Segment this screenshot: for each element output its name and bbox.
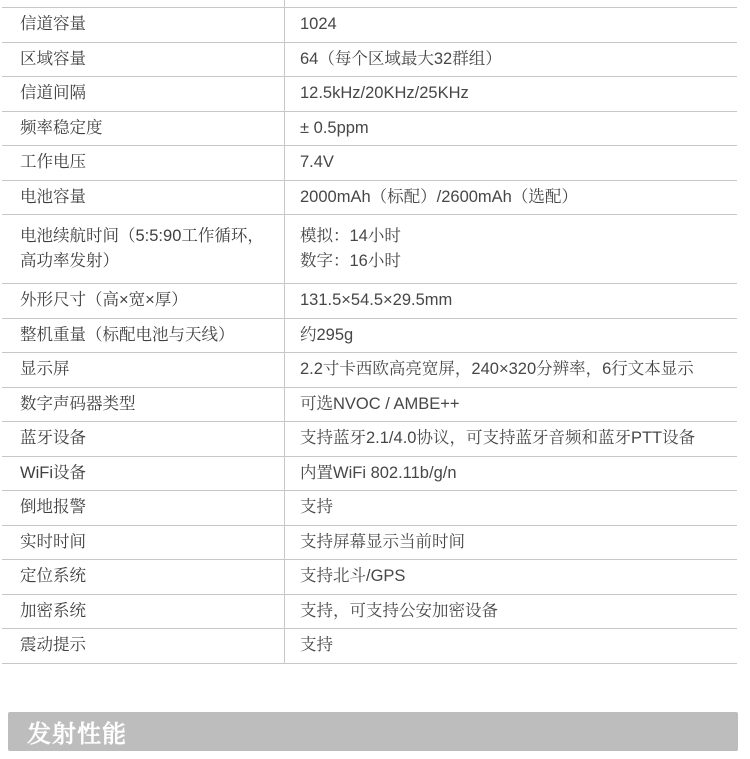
spec-label: 倒地报警 [2, 491, 285, 525]
spec-label [2, 0, 285, 7]
spec-table: 信道容量 1024 区域容量 64（每个区域最大32群组） 信道间隔 12.5k… [2, 0, 737, 664]
spec-label: 信道容量 [2, 8, 285, 42]
spec-value: 支持蓝牙2.1/4.0协议，可支持蓝牙音频和蓝牙PTT设备 [285, 422, 737, 456]
section-header-bar: 发射性能 [8, 712, 738, 751]
spec-label: 整机重量（标配电池与天线） [2, 319, 285, 353]
spec-label: 区域容量 [2, 43, 285, 77]
spec-label: 外形尺寸（高×宽×厚） [2, 284, 285, 318]
spec-value: 约295g [285, 319, 737, 353]
whitespace-gap [0, 664, 750, 712]
spec-label: 频率稳定度 [2, 112, 285, 146]
spec-value: ± 0.5ppm [285, 112, 737, 146]
spec-value: 131.5×54.5×29.5mm [285, 284, 737, 318]
table-row: 频率稳定度 ± 0.5ppm [2, 112, 737, 147]
spec-label: 实时时间 [2, 526, 285, 560]
spec-label: 蓝牙设备 [2, 422, 285, 456]
table-row: 倒地报警 支持 [2, 491, 737, 526]
spec-value: 支持 [285, 629, 737, 663]
table-row: 信道间隔 12.5kHz/20KHz/25KHz [2, 77, 737, 112]
table-row: 电池续航时间（5:5:90工作循环，高功率发射） 模拟：14小时 数字：16小时 [2, 215, 737, 284]
spec-value: 2.2寸卡西欧高亮宽屏，240×320分辨率，6行文本显示 [285, 353, 737, 387]
spec-value: 内置WiFi 802.11b/g/n [285, 457, 737, 491]
spec-label: 信道间隔 [2, 77, 285, 111]
table-row: 显示屏 2.2寸卡西欧高亮宽屏，240×320分辨率，6行文本显示 [2, 353, 737, 388]
table-row: 实时时间 支持屏幕显示当前时间 [2, 526, 737, 561]
spec-value: 模拟：14小时 数字：16小时 [285, 215, 737, 283]
spec-label: 电池容量 [2, 181, 285, 215]
spec-label: 数字声码器类型 [2, 388, 285, 422]
spec-value: 1024 [285, 8, 737, 42]
table-row: WiFi设备 内置WiFi 802.11b/g/n [2, 457, 737, 492]
spec-label: WiFi设备 [2, 457, 285, 491]
spec-value [285, 0, 737, 7]
spec-label: 工作电压 [2, 146, 285, 180]
table-row: 定位系统 支持北斗/GPS [2, 560, 737, 595]
table-row: 外形尺寸（高×宽×厚） 131.5×54.5×29.5mm [2, 284, 737, 319]
table-row: 震动提示 支持 [2, 629, 737, 664]
spec-value: 支持，可支持公安加密设备 [285, 595, 737, 629]
spec-page: { "colors": { "section_header_bg": "#bdb… [0, 0, 750, 759]
table-row: 加密系统 支持，可支持公安加密设备 [2, 595, 737, 630]
section-title: 发射性能 [27, 714, 127, 749]
spec-label: 加密系统 [2, 595, 285, 629]
table-row: 工作电压 7.4V [2, 146, 737, 181]
table-row: 数字声码器类型 可选NVOC / AMBE++ [2, 388, 737, 423]
spec-value: 支持 [285, 491, 737, 525]
spec-value: 支持屏幕显示当前时间 [285, 526, 737, 560]
spec-value: 支持北斗/GPS [285, 560, 737, 594]
table-row: 区域容量 64（每个区域最大32群组） [2, 43, 737, 78]
spec-value: 2000mAh（标配）/2600mAh（选配） [285, 181, 737, 215]
table-row: 整机重量（标配电池与天线） 约295g [2, 319, 737, 354]
table-row: 信道容量 1024 [2, 8, 737, 43]
spec-label: 电池续航时间（5:5:90工作循环，高功率发射） [2, 215, 285, 283]
table-row: 蓝牙设备 支持蓝牙2.1/4.0协议，可支持蓝牙音频和蓝牙PTT设备 [2, 422, 737, 457]
spec-value: 可选NVOC / AMBE++ [285, 388, 737, 422]
spec-value: 64（每个区域最大32群组） [285, 43, 737, 77]
spec-label: 定位系统 [2, 560, 285, 594]
spec-value: 7.4V [285, 146, 737, 180]
table-row: 电池容量 2000mAh（标配）/2600mAh（选配） [2, 181, 737, 216]
spec-label: 震动提示 [2, 629, 285, 663]
table-row-clipped [2, 0, 737, 8]
spec-label: 显示屏 [2, 353, 285, 387]
spec-value: 12.5kHz/20KHz/25KHz [285, 77, 737, 111]
